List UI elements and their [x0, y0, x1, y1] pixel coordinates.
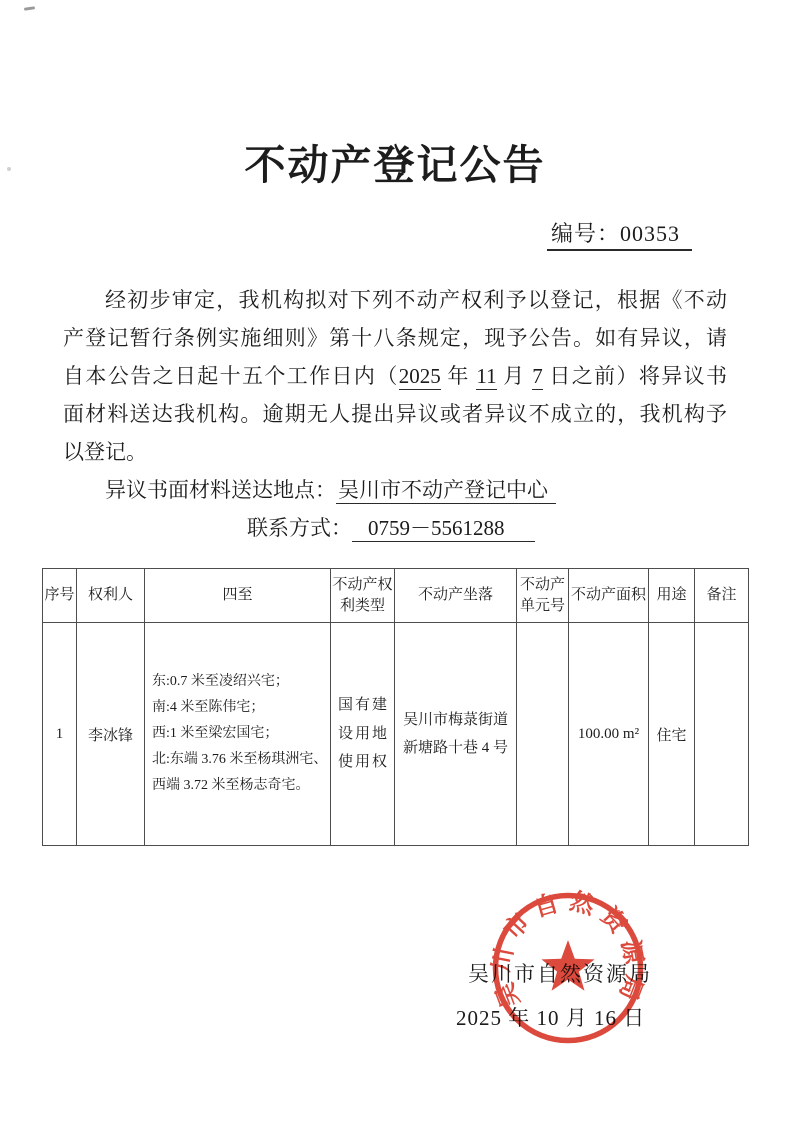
col-header-unit-no: 不动产单元号	[517, 569, 569, 623]
deadline-year: 2025	[399, 364, 441, 390]
col-header-seq: 序号	[43, 569, 77, 623]
col-header-usage: 用途	[649, 569, 695, 623]
scan-artifact	[24, 6, 35, 11]
page-title: 不动产登记公告	[0, 132, 790, 191]
doc-number: 编号：00353	[547, 217, 692, 248]
col-header-remark: 备注	[695, 569, 749, 623]
cell-remark	[695, 623, 749, 846]
body-line-1: 经初步审定，我机构拟对下列不动产权利予以登记，根据《不动	[63, 281, 727, 319]
cell-holder: 李冰锋	[77, 623, 145, 846]
cell-usage: 住宅	[649, 623, 695, 846]
delivery-address: 吴川市不动产登记中心	[336, 478, 556, 504]
delivery-label: 异议书面材料送达地点：	[105, 478, 336, 502]
table-row: 1 李冰锋 东:0.7 米至凌绍兴宅； 南:4 米至陈伟宅； 西:1 米至梁宏国…	[43, 623, 749, 846]
col-header-boundaries: 四至	[145, 569, 331, 623]
body-line-3: 自本公告之日起十五个工作日内（2025 年 11 月 7 日之前）将异议书	[63, 357, 727, 395]
body-line-2: 产登记暂行条例实施细则》第十八条规定，现予公告。如有异议，请	[63, 319, 727, 357]
cell-area: 100.00 m²	[569, 623, 649, 846]
cell-right-type: 国有建设用地使用权	[331, 623, 395, 846]
announcement-body: 经初步审定，我机构拟对下列不动产权利予以登记，根据《不动 产登记暂行条例实施细则…	[63, 281, 727, 547]
deadline-post: 日之前）将异议书	[543, 364, 727, 388]
doc-number-value: 00353	[620, 221, 680, 246]
contact-phone: 0759－5561288	[352, 516, 535, 542]
col-header-area: 不动产面积	[569, 569, 649, 623]
official-seal: 吴川市自然资源局	[483, 883, 653, 1053]
cell-location: 吴川市梅菉街道新塘路十巷 4 号	[395, 623, 517, 846]
body-line-5: 以登记。	[63, 433, 727, 471]
col-header-holder: 权利人	[77, 569, 145, 623]
registration-table: 序号 权利人 四至 不动产权利类型 不动产坐落 不动产单元号 不动产面积 用途 …	[42, 568, 749, 846]
doc-number-label: 编号：	[551, 221, 620, 246]
table-header-row: 序号 权利人 四至 不动产权利类型 不动产坐落 不动产单元号 不动产面积 用途 …	[43, 569, 749, 623]
seal-star-icon	[541, 940, 594, 991]
contact-line: 联系方式：0759－5561288	[63, 509, 727, 547]
announcement-document: 不动产登记公告 编号：00353 经初步审定，我机构拟对下列不动产权利予以登记，…	[0, 0, 790, 1124]
delivery-line: 异议书面材料送达地点：吴川市不动产登记中心	[63, 471, 727, 509]
deadline-day: 7	[532, 364, 543, 390]
deadline-month-unit: 月	[497, 364, 533, 388]
deadline-pre: 自本公告之日起十五个工作日内（	[63, 364, 399, 388]
deadline-month: 11	[476, 364, 496, 390]
deadline-year-unit: 年	[441, 364, 477, 388]
contact-label: 联系方式：	[247, 516, 352, 540]
cell-seq: 1	[43, 623, 77, 846]
body-line-4: 面材料送达我机构。逾期无人提出异议或者异议不成立的，我机构予	[63, 395, 727, 433]
col-header-right-type: 不动产权利类型	[331, 569, 395, 623]
cell-boundaries: 东:0.7 米至凌绍兴宅； 南:4 米至陈伟宅； 西:1 米至梁宏国宅； 北:东…	[145, 623, 331, 846]
col-header-location: 不动产坐落	[395, 569, 517, 623]
cell-unit-no	[517, 623, 569, 846]
